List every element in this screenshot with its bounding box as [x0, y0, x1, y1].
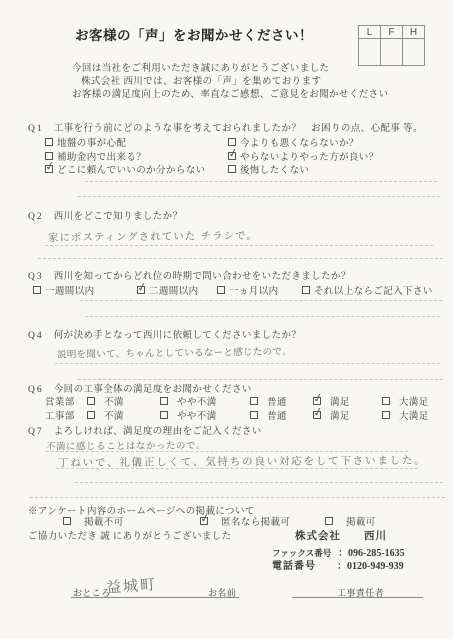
q2-header: Q2 西川をどこで知りましたか？ [28, 208, 182, 222]
q3-option: ✓ 一ヵ月以内 [217, 283, 302, 297]
q1-option: ✓ 後悔したくない [228, 162, 309, 176]
checkmark-icon: ✓ [312, 405, 325, 419]
checkbox-icon: ✓ [87, 411, 95, 419]
checkbox-icon: ✓ [217, 286, 225, 294]
q3-header: Q3 西川を知ってからどれ位の時期で問い合わせをいただきましたか？ [28, 268, 351, 282]
checkbox-icon: ✓ [382, 397, 390, 405]
checkbox-icon: ✓ [137, 286, 145, 294]
grade-cell-l [359, 39, 381, 66]
q4-question: 何が決め手となって西川に依頼してくださいましたか？ [54, 331, 302, 341]
q7-number: Q7 [28, 427, 51, 437]
grade-table-row [359, 39, 425, 66]
thanks-text: ご協力いただき 誠 にありがとうございました [28, 528, 232, 542]
q1-option: ✓ どこに頼んでいいのか分からない [45, 162, 228, 176]
company-name: 株式会社 西川 [295, 528, 387, 543]
q6-option: ✓ 普通 [250, 408, 287, 422]
q6-dept-label: 営業部 [45, 394, 75, 408]
q1-question: 工事を行う前にどのような事を考えておられましたか？ お困りの点、心配事 等。 [54, 124, 423, 134]
q6-option: ✓ 不満 [87, 394, 124, 408]
tel-number: ：0120-949-939 [337, 561, 404, 572]
q2-question: 西川をどこで知りましたか？ [54, 212, 183, 222]
option-label: 二週間以内 [149, 283, 199, 297]
checkbox-icon: ✓ [87, 397, 95, 405]
option-label: 普通 [267, 394, 287, 408]
checkbox-icon: ✓ [313, 411, 321, 419]
q6-row-construction: 工事部 ✓ 不満 ✓ やや不満 ✓ 普通 ✓ 満足 ✓ 大満足 [0, 408, 453, 420]
checkmark-icon: ✓ [199, 511, 212, 525]
checkbox-icon: ✓ [160, 397, 168, 405]
ruled-line [56, 468, 418, 469]
option-label: 大満足 [399, 394, 429, 408]
ruled-line [78, 196, 440, 197]
q6-option: ✓ 大満足 [382, 408, 429, 422]
q1-options-row: ✓ どこに頼んでいいのか分からない ✓ 後悔したくない [45, 162, 309, 176]
checkmark-icon: ✓ [227, 146, 240, 160]
signature-underline [292, 597, 423, 598]
option-label: やらないよりやった方が良い？ [240, 149, 379, 163]
checkbox-icon: ✓ [160, 411, 168, 419]
q3-number: Q3 [28, 272, 51, 282]
q3-option: ✓ 二週間以内 [137, 283, 217, 297]
grade-cell-h [403, 39, 425, 66]
signature-underline [71, 597, 239, 598]
ruled-line [78, 379, 443, 380]
tel-line: 電話番号 ：0120-949-939 [272, 556, 404, 574]
publication-option: ✓ 掲載可 [325, 514, 376, 528]
q1-option: ✓ やらないよりやった方が良い？ [228, 149, 379, 163]
option-label: 不満 [104, 394, 124, 408]
q3-option: ✓ それ以上ならご記入下さい [302, 283, 433, 297]
option-label: 大満足 [399, 408, 429, 422]
ruled-line [85, 181, 437, 182]
q1-options-row: ✓ 地盤の事が心配 ✓ 今よりも悪くならないか？ [45, 135, 359, 149]
q1-option: ✓ 今よりも悪くならないか？ [228, 135, 359, 149]
option-label: 掲載可 [346, 514, 376, 528]
q3-question: 西川を知ってからどれ位の時期で問い合わせをいただきましたか？ [54, 272, 351, 282]
ruled-line [46, 451, 408, 452]
checkbox-icon: ✓ [33, 286, 41, 294]
q6-option: ✓ 大満足 [382, 394, 429, 408]
q3-option: ✓ 一週間以内 [33, 283, 137, 297]
checkbox-icon: ✓ [382, 411, 390, 419]
checkbox-icon: ✓ [45, 165, 53, 173]
q6-dept-label: 工事部 [45, 408, 75, 422]
intro-text: 今回は当社をご利用いただき誠にありがとうございました 株式会社 西川では、お客様… [72, 63, 388, 102]
q6-header: Q6 今回の工事全体の満足度をお聞かせください [28, 381, 252, 395]
q4-answer-handwriting: 説明を聞いて、ちゃんとしているなーと感じたので。 [57, 343, 292, 360]
checkbox-icon: ✓ [45, 138, 53, 146]
option-label: 一ヵ月以内 [229, 283, 279, 297]
intro-line: お客様の満足度向上のため、率直なご感想、ご意見をお聞かせください [72, 89, 388, 102]
q6-option: ✓ 不満 [87, 408, 124, 422]
option-label: 不満 [104, 408, 124, 422]
q6-row-sales: 営業部 ✓ 不満 ✓ やや不満 ✓ 普通 ✓ 満足 ✓ 大満足 [0, 394, 453, 406]
q1-header: Q1 工事を行う前にどのような事を考えておられましたか？ お困りの点、心配事 等… [28, 120, 423, 134]
checkmark-icon: ✓ [312, 391, 325, 405]
option-label: 匿名なら掲載可 [221, 514, 290, 528]
q4-number: Q4 [28, 331, 51, 341]
option-label: 掲載不可 [84, 514, 124, 528]
q3-options-row: ✓ 一週間以内 ✓ 二週間以内 ✓ 一ヵ月以内 ✓ それ以上ならご記入下さい [33, 283, 433, 297]
intro-line: 株式会社 西川では、お客様の「声」を集めております [72, 76, 388, 89]
grade-col-h: H [403, 26, 425, 39]
intro-line: 今回は当社をご利用いただき誠にありがとうございました [72, 63, 388, 76]
checkbox-icon: ✓ [228, 165, 236, 173]
q1-option: ✓ 補助金内で出来る？ [45, 149, 228, 163]
ruled-line [45, 245, 433, 246]
ruled-line [55, 363, 440, 364]
q1-options-row: ✓ 補助金内で出来る？ ✓ やらないよりやった方が良い？ [45, 149, 379, 163]
option-label: 一週間以内 [45, 283, 95, 297]
q1-option: ✓ 地盤の事が心配 [45, 135, 228, 149]
tel-label: 電話番号 [272, 557, 333, 572]
checkbox-icon: ✓ [200, 517, 208, 525]
address-handwriting: 益城町 [105, 573, 157, 598]
option-label: やや不満 [177, 408, 217, 422]
q6-option: ✓ やや不満 [160, 394, 217, 408]
q6-option: ✓ 満足 [313, 408, 350, 422]
checkbox-icon: ✓ [63, 517, 71, 525]
grade-table-header: L F H [359, 26, 425, 39]
page-title: お客様の「声」をお聞かせください！ [75, 24, 313, 44]
option-label: 補助金内で出来る？ [57, 149, 146, 163]
checkbox-icon: ✓ [325, 517, 333, 525]
ruled-line [80, 300, 442, 301]
checkbox-icon: ✓ [302, 286, 310, 294]
checkbox-icon: ✓ [250, 411, 258, 419]
option-label: やや不満 [177, 394, 217, 408]
ruled-line [75, 482, 443, 483]
option-label: どこに頼んでいいのか分からない [57, 162, 206, 176]
option-label: 後悔したくない [240, 162, 309, 176]
q6-option: ✓ やや不満 [160, 408, 217, 422]
q6-option: ✓ 普通 [250, 394, 287, 408]
q7-question: よろしければ、満足度の理由をご記入ください [54, 427, 262, 437]
option-label: 満足 [330, 408, 350, 422]
grade-cell-f [381, 39, 403, 66]
checkbox-icon: ✓ [250, 397, 258, 405]
option-label: 普通 [267, 408, 287, 422]
q2-number: Q2 [28, 212, 51, 222]
ruled-line [38, 258, 443, 259]
q4-header: Q4 何が決め手となって西川に依頼してくださいましたか？ [28, 327, 301, 341]
option-label: それ以上ならご記入下さい [314, 283, 433, 297]
q1-number: Q1 [28, 124, 51, 134]
q2-answer-handwriting: 家にポスティングされていた チラシで。 [48, 228, 258, 245]
grade-table: L F H [358, 25, 425, 66]
survey-sheet: お客様の「声」をお聞かせください！ L F H 今回は当社をご利用いただき誠にあ… [0, 0, 453, 639]
option-label: 今よりも悪くならないか？ [240, 135, 359, 149]
option-label: 満足 [330, 394, 350, 408]
ruled-line [85, 316, 440, 317]
checkmark-icon: ✓ [44, 159, 57, 173]
checkmark-icon: ✓ [136, 280, 149, 294]
checkbox-icon: ✓ [228, 152, 236, 160]
option-label: 地盤の事が心配 [57, 135, 126, 149]
grade-col-l: L [359, 26, 381, 39]
grade-col-f: F [381, 26, 403, 39]
publication-option: ✓ 匿名なら掲載可 [200, 514, 290, 528]
publication-option: ✓ 掲載不可 [63, 514, 124, 528]
ruled-line [30, 497, 445, 498]
q7-header: Q7 よろしければ、満足度の理由をご記入ください [28, 423, 262, 437]
